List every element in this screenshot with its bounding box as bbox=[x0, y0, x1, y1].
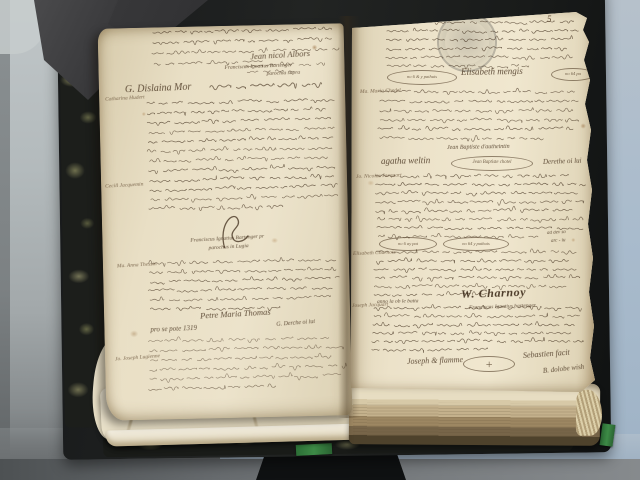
script-line bbox=[377, 258, 569, 265]
script-line bbox=[374, 266, 576, 272]
script-line bbox=[150, 154, 328, 164]
script-line bbox=[378, 126, 573, 131]
script-line bbox=[150, 183, 338, 192]
circled-notation: no 6 & y pathuis bbox=[387, 70, 457, 85]
left-page: Catharina HudertCecill JacqueminMa. Anna… bbox=[98, 23, 353, 420]
script-line bbox=[150, 371, 341, 383]
inscription: W. Charnoy bbox=[461, 286, 527, 300]
circled-notation: no 6 ay pat bbox=[379, 237, 437, 251]
script-line bbox=[150, 173, 334, 183]
script-line bbox=[148, 163, 334, 174]
photograph-of-open-manuscript-register: Catharina HudertCecill JacqueminMa. Anna… bbox=[0, 0, 640, 480]
right-page: 5 Ma. Maria ChedelJo. Nicolas JacquartEl… bbox=[351, 12, 598, 392]
script-line bbox=[376, 182, 586, 186]
script-line bbox=[378, 216, 583, 223]
script-line bbox=[149, 203, 283, 213]
green-cloth-spine bbox=[296, 443, 333, 456]
script-line bbox=[147, 98, 334, 107]
circled-notation: Jean Baptiste chotel bbox=[451, 156, 533, 171]
page-corner-fan bbox=[576, 390, 602, 436]
script-line bbox=[378, 88, 574, 94]
script-line bbox=[150, 353, 331, 362]
script-line bbox=[376, 173, 569, 178]
script-line bbox=[147, 116, 331, 125]
page-number: 5 bbox=[547, 14, 552, 24]
script-line bbox=[380, 108, 573, 114]
script-line bbox=[376, 274, 580, 281]
script-line bbox=[147, 106, 325, 116]
inscription: arc - lu bbox=[551, 238, 566, 244]
script-line bbox=[380, 100, 578, 103]
inscription: ad dev so bbox=[547, 230, 566, 236]
script-line bbox=[149, 384, 276, 391]
page-edge-striations bbox=[353, 402, 593, 438]
script-line bbox=[151, 192, 338, 203]
script-line bbox=[373, 331, 571, 336]
script-line bbox=[148, 333, 329, 344]
script-line bbox=[380, 135, 544, 141]
script-line bbox=[148, 284, 332, 293]
script-line bbox=[149, 266, 335, 275]
inscription: agatha weltin bbox=[381, 156, 430, 166]
script-line bbox=[386, 47, 566, 51]
script-line bbox=[210, 82, 322, 90]
script-line bbox=[386, 36, 572, 42]
script-line bbox=[149, 126, 334, 135]
inscription: Derethe oi lui bbox=[543, 158, 582, 166]
inscription: anno la ob le batta bbox=[377, 299, 419, 305]
script-line bbox=[372, 348, 488, 353]
circled-notation: + bbox=[463, 356, 515, 372]
circled-notation: no 64 y pathuis bbox=[443, 237, 509, 251]
inscription: Jean Baptiste d'autheintin bbox=[447, 144, 510, 151]
script-line bbox=[150, 362, 347, 374]
page-block-edge bbox=[349, 382, 600, 446]
script-line bbox=[150, 275, 339, 285]
script-line bbox=[387, 28, 579, 33]
script-line bbox=[374, 313, 579, 319]
script-line bbox=[153, 27, 332, 35]
script-line bbox=[149, 256, 336, 267]
script-line bbox=[376, 206, 572, 214]
script-line bbox=[148, 135, 333, 143]
script-line bbox=[376, 199, 584, 205]
script-line bbox=[380, 118, 579, 123]
script-line bbox=[377, 226, 583, 230]
script-line bbox=[386, 55, 573, 60]
script-line bbox=[150, 293, 331, 302]
script-line bbox=[152, 46, 339, 55]
script-line bbox=[147, 144, 332, 155]
inscription: Elisabeth mengis bbox=[461, 67, 523, 77]
script-line bbox=[376, 190, 578, 196]
script-line bbox=[150, 344, 344, 353]
script-line bbox=[372, 337, 584, 343]
script-line bbox=[153, 37, 332, 46]
script-line bbox=[373, 322, 574, 329]
